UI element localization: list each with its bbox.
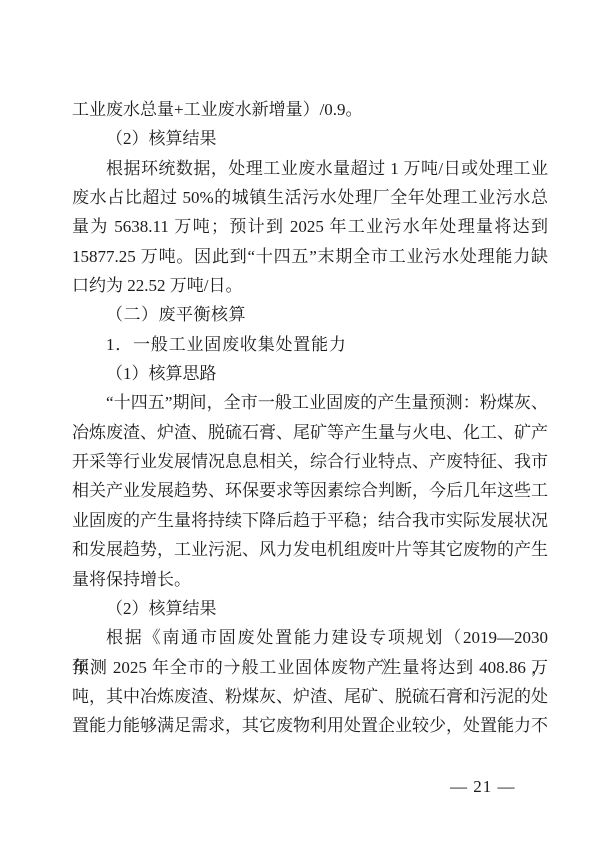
text-line: “十四五”期间，全市一般工业固废的产生量预测：粉煤灰、 (72, 388, 548, 417)
text-line: 置能力能够满足需求，其它废物利用处置企业较少，处置能力不 (72, 711, 548, 740)
subheading-accounting-result-water: （2）核算结果 (72, 124, 548, 153)
text-line: 量将保持增长。 (72, 565, 548, 594)
text-line: 1．一般工业固废收集处置能力 (72, 330, 548, 359)
text-line: 相关产业发展趋势、环保要求等因素综合判断，今后几年这些工 (72, 476, 548, 505)
text-line: 口约为 22.52 万吨/日。 (72, 271, 548, 300)
text-line: （2）核算结果 (72, 124, 548, 153)
text-line: 根据环统数据，处理工业废水量超过 1 万吨/日或处理工业 (72, 154, 548, 183)
para-solid-waste-result: 根据《南通市固废处置能力建设专项规划（2019—2030 年）》，预测 2025… (72, 623, 548, 740)
text-line: 预测 2025 年全市的一般工业固体废物产生量将达到 408.86 万 (72, 653, 548, 682)
page-number: — 21 — (450, 776, 530, 798)
para-wastewater-result: 根据环统数据，处理工业废水量超过 1 万吨/日或处理工业废水占比超过 50%的城… (72, 154, 548, 301)
text-line: 业固废的产生量将持续下降后趋于平稳；结合我市实际发展状况 (72, 506, 548, 535)
text-line: （二）废平衡核算 (72, 300, 548, 329)
text-line: 吨，其中冶炼废渣、粉煤灰、炉渣、尾矿、脱硫石膏和污泥的处 (72, 682, 548, 711)
para-solid-waste-idea: “十四五”期间，全市一般工业固废的产生量预测：粉煤灰、冶炼废渣、炉渣、脱硫石膏、… (72, 388, 548, 593)
formula-continuation: 工业废水总量+工业废水新增量）/0.9。 (72, 95, 548, 124)
text-line: 工业废水总量+工业废水新增量）/0.9。 (72, 95, 548, 124)
subheading-accounting-result-solid: （2）核算结果 (72, 594, 548, 623)
document-page: 工业废水总量+工业废水新增量）/0.9。（2）核算结果根据环统数据，处理工业废水… (0, 0, 600, 848)
text-line: （1）核算思路 (72, 359, 548, 388)
heading-item-general-solid-waste: 1．一般工业固废收集处置能力 (72, 330, 548, 359)
text-line: 废水占比超过 50%的城镇生活污水处理厂全年处理工业污水总 (72, 183, 548, 212)
text-line: 15877.25 万吨。因此到“十四五”末期全市工业污水处理能力缺 (72, 242, 548, 271)
heading-section-waste-balance: （二）废平衡核算 (72, 300, 548, 329)
subheading-accounting-idea: （1）核算思路 (72, 359, 548, 388)
text-line: 和发展趋势，工业污泥、风力发电机组废叶片等其它废物的产生 (72, 535, 548, 564)
text-line: 量为 5638.11 万吨；预计到 2025 年工业污水年处理量将达到 (72, 212, 548, 241)
text-line: 开采等行业发展情况息息相关，综合行业特点、产废特征、我市 (72, 447, 548, 476)
text-line: 根据《南通市固废处置能力建设专项规划（2019—2030 年）》， (72, 623, 548, 652)
document-content: 工业废水总量+工业废水新增量）/0.9。（2）核算结果根据环统数据，处理工业废水… (72, 95, 548, 741)
text-line: （2）核算结果 (72, 594, 548, 623)
text-line: 冶炼废渣、炉渣、脱硫石膏、尾矿等产生量与火电、化工、矿产 (72, 418, 548, 447)
